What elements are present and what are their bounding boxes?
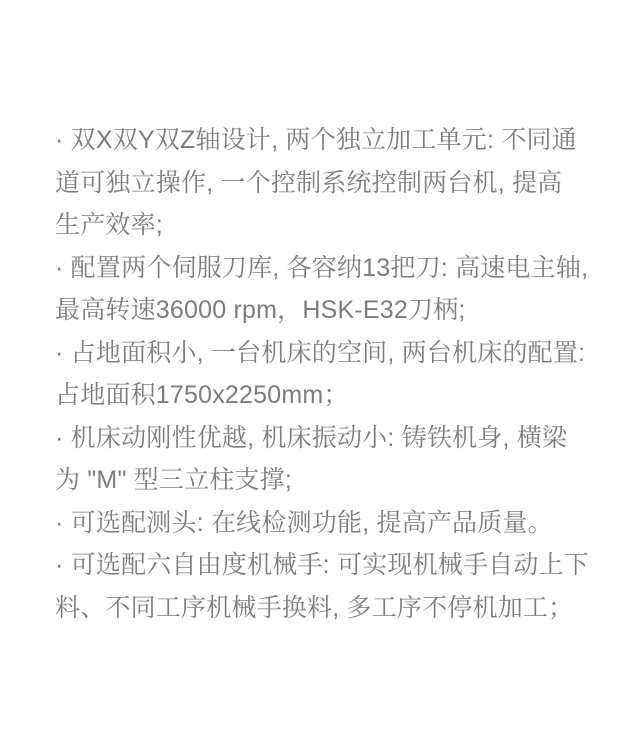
- feature-line: · 可选配测头: 在线检测功能, 提高产品质量。: [55, 502, 603, 545]
- feature-line: 最高转速36000 rpm，HSK-E32刀柄;: [55, 289, 603, 332]
- page: · 双X双Y双Z轴设计, 两个独立加工单元: 不同通 道可独立操作, 一个控制系…: [0, 0, 633, 746]
- feature-line: · 机床动刚性优越, 机床振动小: 铸铁机身, 横梁: [55, 417, 603, 460]
- feature-list: · 双X双Y双Z轴设计, 两个独立加工单元: 不同通 道可独立操作, 一个控制系…: [0, 0, 633, 629]
- feature-item-footprint: · 占地面积小, 一台机床的空间, 两台机床的配置: 占地面积1750x2250…: [55, 332, 603, 417]
- feature-item-probe: · 可选配测头: 在线检测功能, 提高产品质量。: [55, 502, 603, 545]
- feature-line: 道可独立操作, 一个控制系统控制两台机, 提高: [55, 162, 603, 205]
- feature-line: 料、不同工序机械手换料, 多工序不停机加工；: [55, 587, 603, 630]
- feature-line: · 双X双Y双Z轴设计, 两个独立加工单元: 不同通: [55, 119, 603, 162]
- feature-line: 生产效率;: [55, 204, 603, 247]
- feature-line: · 配置两个伺服刀库, 各容纳13把刀: 高速电主轴,: [55, 247, 603, 290]
- feature-item-dual-axis: · 双X双Y双Z轴设计, 两个独立加工单元: 不同通 道可独立操作, 一个控制系…: [55, 119, 603, 247]
- feature-item-tool-magazine: · 配置两个伺服刀库, 各容纳13把刀: 高速电主轴, 最高转速36000 rp…: [55, 247, 603, 332]
- feature-line: · 占地面积小, 一台机床的空间, 两台机床的配置:: [55, 332, 603, 375]
- feature-line: 为 "M" 型三立柱支撑;: [55, 459, 603, 502]
- feature-item-rigidity: · 机床动刚性优越, 机床振动小: 铸铁机身, 横梁 为 "M" 型三立柱支撑;: [55, 417, 603, 502]
- feature-line: · 可选配六自由度机械手: 可实现机械手自动上下: [55, 544, 603, 587]
- feature-item-robot-arm: · 可选配六自由度机械手: 可实现机械手自动上下 料、不同工序机械手换料, 多工…: [55, 544, 603, 629]
- feature-line: 占地面积1750x2250mm；: [55, 374, 603, 417]
